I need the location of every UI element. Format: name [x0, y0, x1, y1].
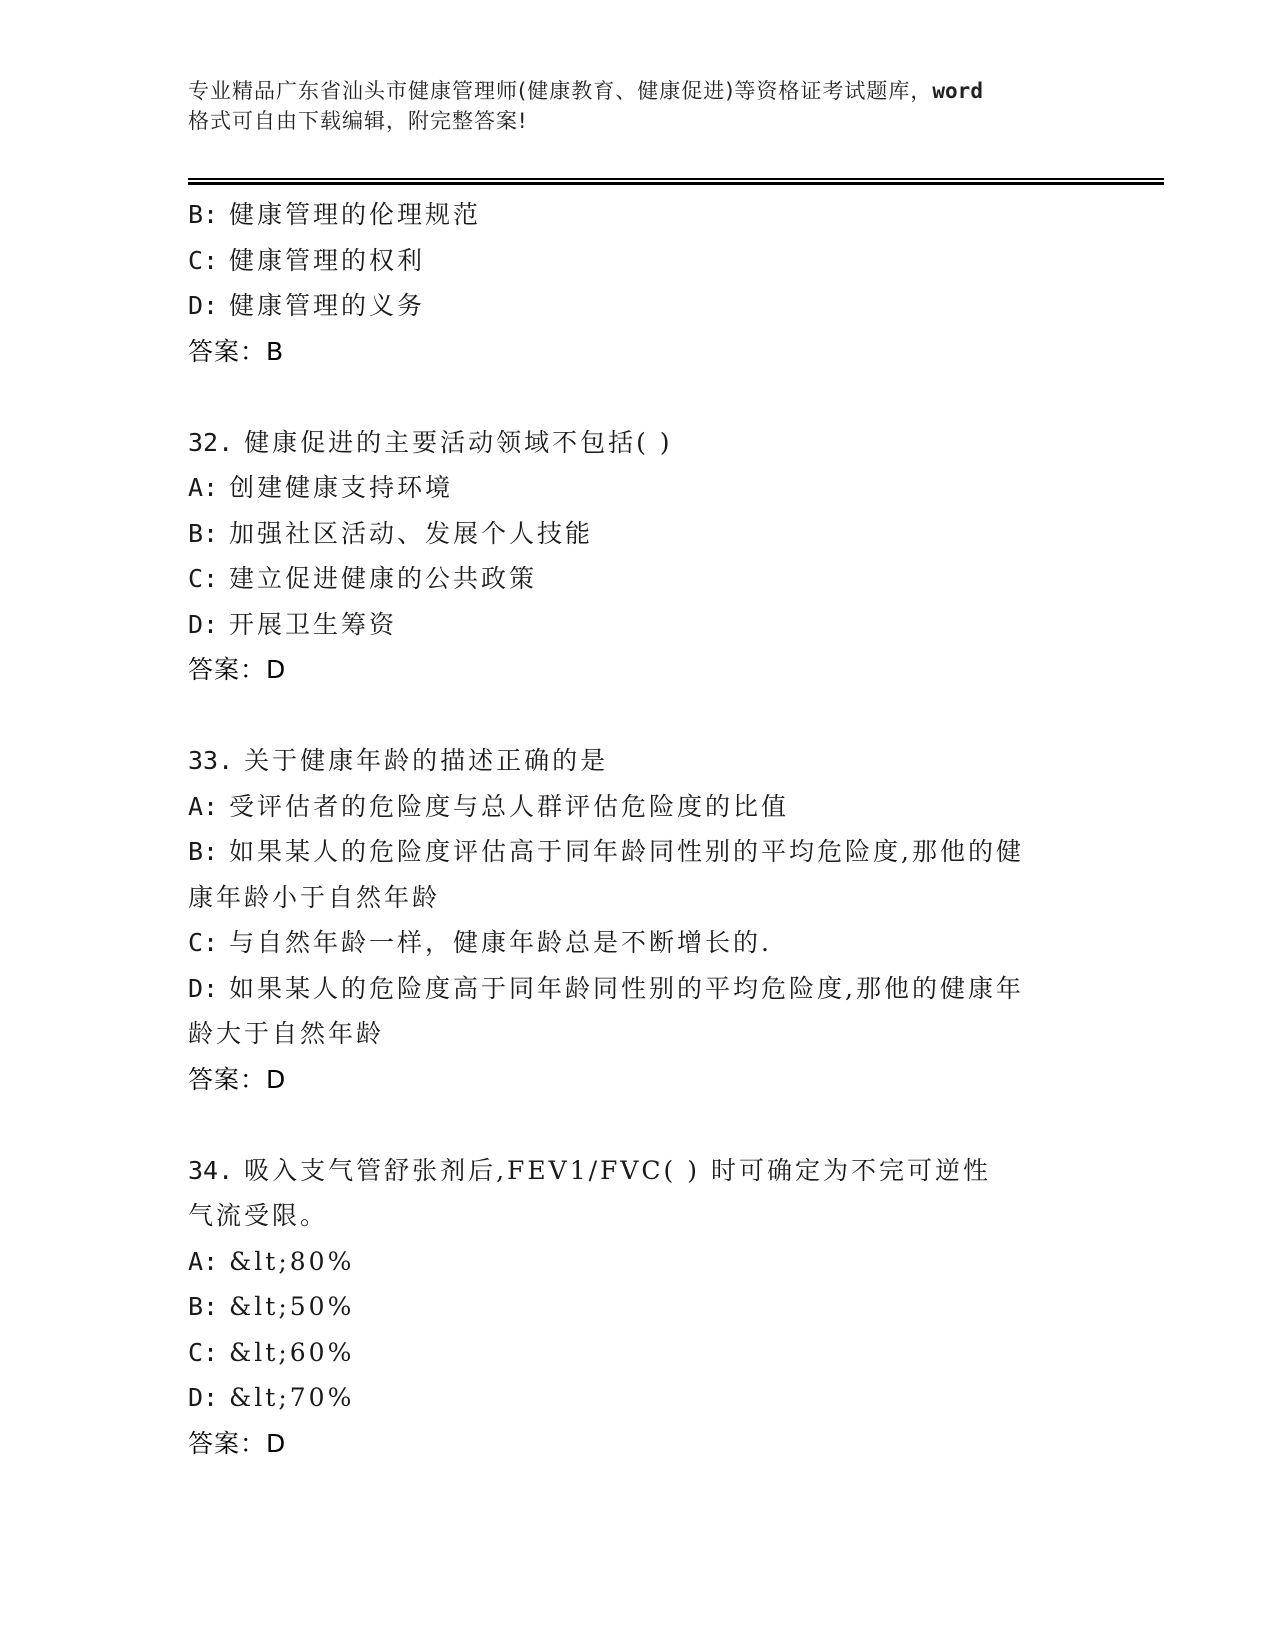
option-b: B: &lt;50% — [188, 1284, 1068, 1330]
option-b: B: 加强社区活动、发展个人技能 — [188, 511, 1068, 557]
question-stem: 34. 吸入支气管舒张剂后,FEV1/FVC( ) 时可确定为不完可逆性 — [188, 1148, 1068, 1194]
option-text: 健康管理的义务 — [218, 291, 425, 320]
header-line-1: 专业精品广东省汕头市健康管理师(健康教育、健康促进)等资格证考试题库，word — [188, 76, 1088, 106]
question-number: 32. — [188, 428, 233, 457]
question-stem: 32. 健康促进的主要活动领域不包括( ) — [188, 420, 1068, 466]
option-label: D: — [188, 974, 218, 1003]
option-a: A: 创建健康支持环境 — [188, 465, 1068, 511]
option-text: &lt;80% — [218, 1247, 354, 1276]
option-label: C: — [188, 564, 218, 593]
option-label: B: — [188, 519, 218, 548]
option-b-continued: 康年龄小于自然年龄 — [188, 875, 1068, 921]
header-double-rule — [188, 178, 1164, 186]
answer-line: 答案：B — [188, 329, 1068, 375]
question-stem: 33. 关于健康年龄的描述正确的是 — [188, 738, 1068, 784]
answer-line: 答案：D — [188, 1057, 1068, 1103]
option-d-continued: 龄大于自然年龄 — [188, 1011, 1068, 1057]
option-c: C: 建立促进健康的公共政策 — [188, 556, 1068, 602]
option-label: C: — [188, 1338, 218, 1367]
option-text: 创建健康支持环境 — [218, 473, 453, 502]
question-stem-continued: 气流受限。 — [188, 1193, 1068, 1239]
option-text: 加强社区活动、发展个人技能 — [218, 519, 593, 548]
option-d: D: 如果某人的危险度高于同年龄同性别的平均危险度,那他的健康年 — [188, 966, 1068, 1012]
option-a: A: &lt;80% — [188, 1239, 1068, 1285]
option-label: C: — [188, 246, 218, 275]
stem-text: 关于健康年龄的描述正确的是 — [233, 746, 608, 775]
header-line-2: 格式可自由下载编辑，附完整答案! — [188, 106, 1088, 136]
option-label: B: — [188, 200, 218, 229]
header-word-text: word — [932, 79, 983, 103]
question-32-block: 32. 健康促进的主要活动领域不包括( ) A: 创建健康支持环境 B: 加强社… — [188, 420, 1068, 693]
spacer — [188, 374, 1068, 420]
option-label: A: — [188, 473, 218, 502]
spacer — [188, 693, 1068, 739]
stem-text: 健康促进的主要活动领域不包括( ) — [233, 428, 672, 457]
spacer — [188, 1102, 1068, 1148]
question-number: 34. — [188, 1156, 233, 1185]
question-list: B: 健康管理的伦理规范 C: 健康管理的权利 D: 健康管理的义务 答案：B … — [188, 192, 1068, 1466]
option-text: 受评估者的危险度与总人群评估危险度的比值 — [218, 792, 789, 821]
option-label: A: — [188, 792, 218, 821]
question-34-block: 34. 吸入支气管舒张剂后,FEV1/FVC( ) 时可确定为不完可逆性 气流受… — [188, 1148, 1068, 1467]
document-header: 专业精品广东省汕头市健康管理师(健康教育、健康促进)等资格证考试题库，word … — [188, 76, 1088, 136]
option-c: C: &lt;60% — [188, 1330, 1068, 1376]
question-number: 33. — [188, 746, 233, 775]
header-title-text: 专业精品广东省汕头市健康管理师(健康教育、健康促进)等资格证考试题库， — [188, 79, 932, 103]
option-text: 如果某人的危险度高于同年龄同性别的平均危险度,那他的健康年 — [218, 974, 1024, 1003]
option-c: C: 健康管理的权利 — [188, 238, 1068, 284]
option-text: 如果某人的危险度评估高于同年龄同性别的平均危险度,那他的健 — [218, 837, 1024, 866]
rule-thin-line — [188, 178, 1164, 180]
option-text: 开展卫生筹资 — [218, 610, 397, 639]
stem-text: 吸入支气管舒张剂后,FEV1/FVC( ) 时可确定为不完可逆性 — [233, 1156, 991, 1185]
option-text: &lt;50% — [218, 1292, 354, 1321]
option-text: 与自然年龄一样，健康年龄总是不断增长的. — [218, 928, 772, 957]
option-label: D: — [188, 610, 218, 639]
option-c: C: 与自然年龄一样，健康年龄总是不断增长的. — [188, 920, 1068, 966]
option-text: &lt;70% — [218, 1383, 354, 1412]
option-label: D: — [188, 1383, 218, 1412]
option-text: &lt;60% — [218, 1338, 354, 1367]
answer-line: 答案：D — [188, 1421, 1068, 1467]
option-b: B: 健康管理的伦理规范 — [188, 192, 1068, 238]
document-page: 专业精品广东省汕头市健康管理师(健康教育、健康促进)等资格证考试题库，word … — [0, 0, 1275, 1650]
question-33-block: 33. 关于健康年龄的描述正确的是 A: 受评估者的危险度与总人群评估危险度的比… — [188, 738, 1068, 1102]
rule-thick-line — [188, 182, 1164, 185]
option-label: D: — [188, 291, 218, 320]
option-d: D: 健康管理的义务 — [188, 283, 1068, 329]
option-b: B: 如果某人的危险度评估高于同年龄同性别的平均危险度,那他的健 — [188, 829, 1068, 875]
option-text: 健康管理的权利 — [218, 246, 425, 275]
option-label: A: — [188, 1247, 218, 1276]
option-d: D: 开展卫生筹资 — [188, 602, 1068, 648]
option-label: B: — [188, 1292, 218, 1321]
question-31-block: B: 健康管理的伦理规范 C: 健康管理的权利 D: 健康管理的义务 答案：B — [188, 192, 1068, 374]
option-label: C: — [188, 928, 218, 957]
option-text: 建立促进健康的公共政策 — [218, 564, 537, 593]
option-text: 健康管理的伦理规范 — [218, 200, 481, 229]
option-d: D: &lt;70% — [188, 1375, 1068, 1421]
option-label: B: — [188, 837, 218, 866]
option-a: A: 受评估者的危险度与总人群评估危险度的比值 — [188, 784, 1068, 830]
answer-line: 答案：D — [188, 647, 1068, 693]
